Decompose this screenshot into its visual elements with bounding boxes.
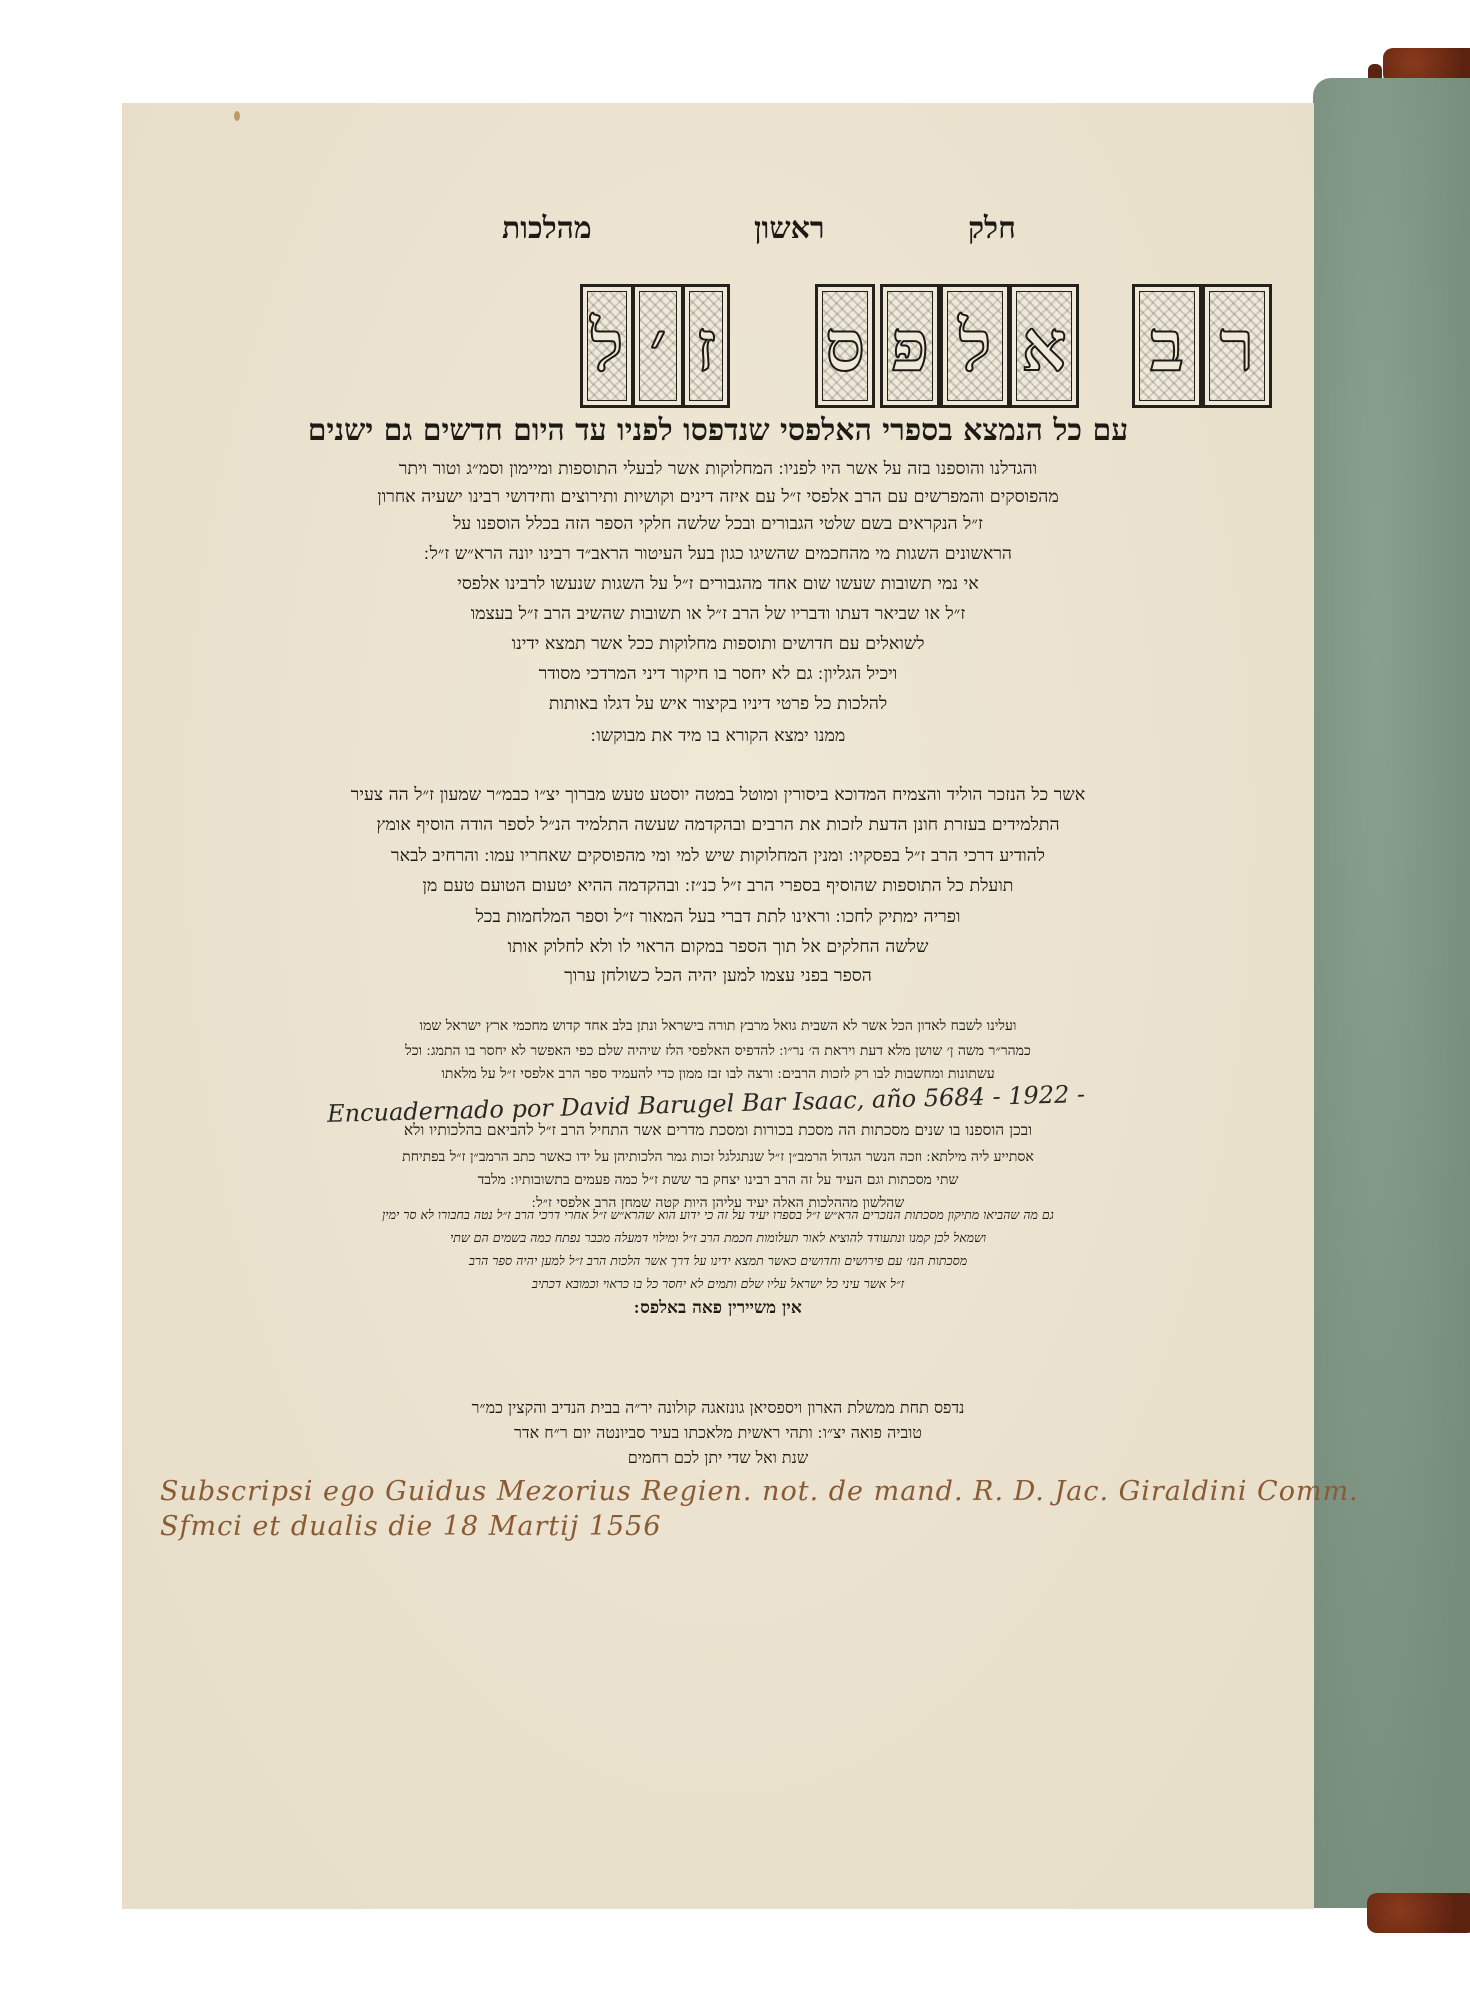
text-line: לשואלים עם חדושים ותוספות מחלוקות ככל אש… [122,633,1314,654]
text-line: כמהר״ר משה ן׳ שושן מלא דעת ויראת ה׳ נר״ו… [122,1043,1314,1060]
text-line: מסכתות הנז׳ עם פירושים וחדושים כאשר תמצא… [122,1253,1314,1269]
text-line: שלשה החלקים אל תוך הספר במקום הראוי לו ו… [122,936,1314,957]
header-word: ראשון [754,211,825,246]
header-word: חלק [968,211,1016,246]
leather-binding-bottom [1367,1893,1470,1933]
text-line: מהפוסקים והמפרשים עם הרב אלפסי ז״ל עם אי… [122,486,1314,507]
header-line: חלק ראשון מהלכות [122,211,1314,251]
subtitle: עם כל הנמצא בספרי האלפסי שנדפסו לפניו עד… [122,413,1314,448]
title-page: חלק ראשון מהלכות ר ב א ל פ ס ז ׳ ל עם כל… [122,103,1314,1909]
text-line: להלכות כל פרטי דיניו בקיצור איש על דגלו … [122,693,1314,714]
woodcut-letter-block: ר [1202,284,1272,408]
text-line: והגדלנו והוספנו בזה על אשר היו לפניו ׃ ה… [122,458,1314,479]
text-line: ז״ל אשר עיני כל ישראל עליו שלם ותמים לא … [122,1276,1314,1292]
text-line: הספר בפני עצמו למען יהיה הכל כשולחן ערוך [122,965,1314,986]
text-line: ויכיל הגליון ׃ גם לא יחסר בו חיקור דיני … [122,663,1314,684]
green-endpaper [1313,78,1470,1908]
text-line: ז״ל הנקראים בשם שלטי הגבורים ובכל שלשה ח… [122,513,1314,534]
woodcut-letter-block: פ [880,284,940,408]
woodcut-letter-block: ל [580,284,634,408]
woodcut-title: ר ב א ל פ ס ז ׳ ל [122,284,1314,404]
colophon-line: שנת ואל שדי יתן לכם רחמים [122,1448,1314,1468]
text-line: ושמאל לכן קמנו ונתעודד להוציא לאור תעלומ… [122,1230,1314,1246]
text-line: ופריה ימתיק לחכו ׃ וראינו לתת דברי בעל ה… [122,906,1314,927]
text-line: הראשונים השגות מי מהחכמים שהשיגו כגון בע… [122,543,1314,564]
text-line: ועלינו לשבח לאדון הכל אשר לא השבית גואל … [122,1018,1314,1035]
text-line: ז״ל או שביאר דעתו ודבריו של הרב ז״ל או ת… [122,603,1314,624]
header-word: מהלכות [502,211,592,246]
text-line: להודיע דרכי הרב ז״ל בפסקיו ׃ ומנין המחלו… [122,845,1314,866]
handwritten-censor-note: Subscripsi ego Guidus Mezorius Regien. n… [160,1476,1359,1507]
text-line: אסתייע ליה מילתא ׃ וזכה הנשר הגדול הרמב״… [122,1149,1314,1166]
woodcut-letter-block: ס [815,284,875,408]
woodcut-letter-block: ׳ [632,284,684,408]
text-line: ובכן הוספנו בו שנים מסכתות הה מסכת בכורו… [122,1121,1314,1140]
colophon-line: טוביה פואה יצ״ו ׃ ותהי ראשית מלאכתו בעיר… [122,1423,1314,1443]
woodcut-letter-block: ל [940,284,1010,408]
text-line: גם מה שהביאו מתיקון מסכתות הנזכרים הרא״ש… [122,1207,1314,1223]
text-line: עשתונות ומחשבות לבו רק לזכות הרבים ׃ ורצ… [122,1066,1314,1083]
text-line: התלמידים בעזרת חונן הדעת לזכות את הרבים … [122,814,1314,835]
woodcut-letter-block: א [1009,284,1079,408]
handwritten-censor-date: Sfmci et dualis die 18 Martij 1556 [160,1511,662,1542]
closing-line: אין משיירין פאה באלפס ׃ [122,1298,1314,1318]
text-line: תועלת כל התוספות שהוסיף בספרי הרב ז״ל כנ… [122,875,1314,896]
colophon-line: נדפס תחת ממשלת הארון ויספסיאן גונזאגה קו… [122,1398,1314,1418]
foxing-stain [234,111,240,121]
text-line: אי נמי תשובות שעשו שום אחד מהגבורים ז״ל … [122,573,1314,594]
text-line: ממנו ימצא הקורא בו מיד את מבוקשו ׃ [122,725,1314,746]
woodcut-letter-block: ב [1132,284,1202,408]
text-line: שתי מסכתות וגם העיד על זה הרב רבינו יצחק… [122,1172,1314,1189]
text-line: אשר כל הנזכר הוליד והצמיח המדוכא ביסורין… [122,784,1314,805]
woodcut-letter-block: ז [682,284,730,408]
